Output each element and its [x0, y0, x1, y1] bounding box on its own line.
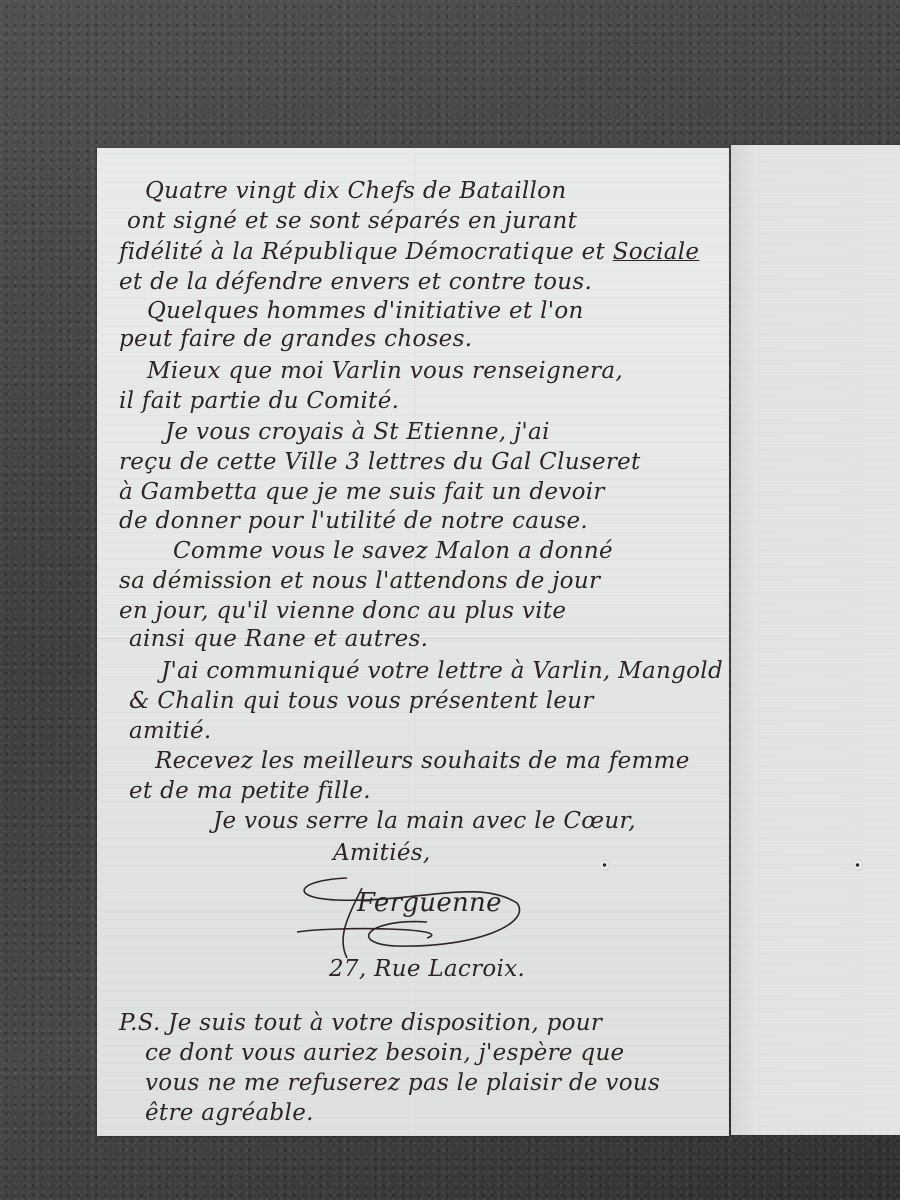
body-line: et de la défendre envers et contre tous. [119, 269, 592, 295]
body-line: Je vous serre la main avec le Cœur, [213, 808, 636, 834]
body-line-text: fidélité à la République Démocratique et [119, 239, 605, 265]
body-line: peut faire de grandes choses. [119, 326, 472, 352]
body-line: ont signé et se sont séparés en jurant [127, 208, 577, 234]
body-line: J'ai communiqué votre lettre à Varlin, M… [161, 658, 723, 684]
body-line: de donner pour l'utilité de notre cause. [119, 508, 588, 534]
letter-page-front: Quatre vingt dix Chefs de Bataillon ont … [97, 148, 729, 1136]
body-line: & Chalin qui tous vous présentent leur [129, 688, 594, 714]
body-line: et de ma petite fille. [129, 778, 371, 804]
body-line: Quatre vingt dix Chefs de Bataillon [145, 178, 566, 204]
body-line: en jour, qu'il vienne donc au plus vite [119, 598, 566, 624]
letter-body: Quatre vingt dix Chefs de Bataillon ont … [97, 148, 729, 1136]
sender-address: 27, Rue Lacroix. [329, 956, 525, 982]
body-line: à Gambetta que je me suis fait un devoir [119, 479, 605, 505]
signature: Ferguenne [357, 888, 502, 918]
body-line: Mieux que moi Varlin vous renseignera, [147, 358, 623, 384]
underlined-word: Sociale [613, 239, 700, 265]
postscript-line: être agréable. [145, 1100, 314, 1126]
body-line: Comme vous le savez Malon a donné [173, 538, 613, 564]
body-line: amitié. [129, 718, 212, 744]
body-line: ainsi que Rane et autres. [129, 626, 428, 652]
body-line: Quelques hommes d'initiative et l'on [147, 298, 584, 324]
body-line: il fait partie du Comité. [119, 388, 399, 414]
postscript-line: vous ne me refuserez pas le plaisir de v… [145, 1070, 660, 1096]
postscript-line: P.S. Je suis tout à votre disposition, p… [119, 1010, 602, 1036]
body-line: sa démission et nous l'attendons de jour [119, 568, 600, 594]
body-line: Recevez les meilleurs souhaits de ma fem… [155, 748, 690, 774]
postscript-line: ce dont vous auriez besoin, j'espère que [145, 1040, 624, 1066]
body-line: Je vous croyais à St Etienne, j'ai [165, 419, 550, 445]
letter-page-back-fold [731, 145, 900, 1135]
body-line: fidélité à la République Démocratique et… [119, 239, 699, 265]
pin-hole [853, 859, 863, 871]
body-line: reçu de cette Ville 3 lettres du Gal Clu… [119, 449, 641, 475]
